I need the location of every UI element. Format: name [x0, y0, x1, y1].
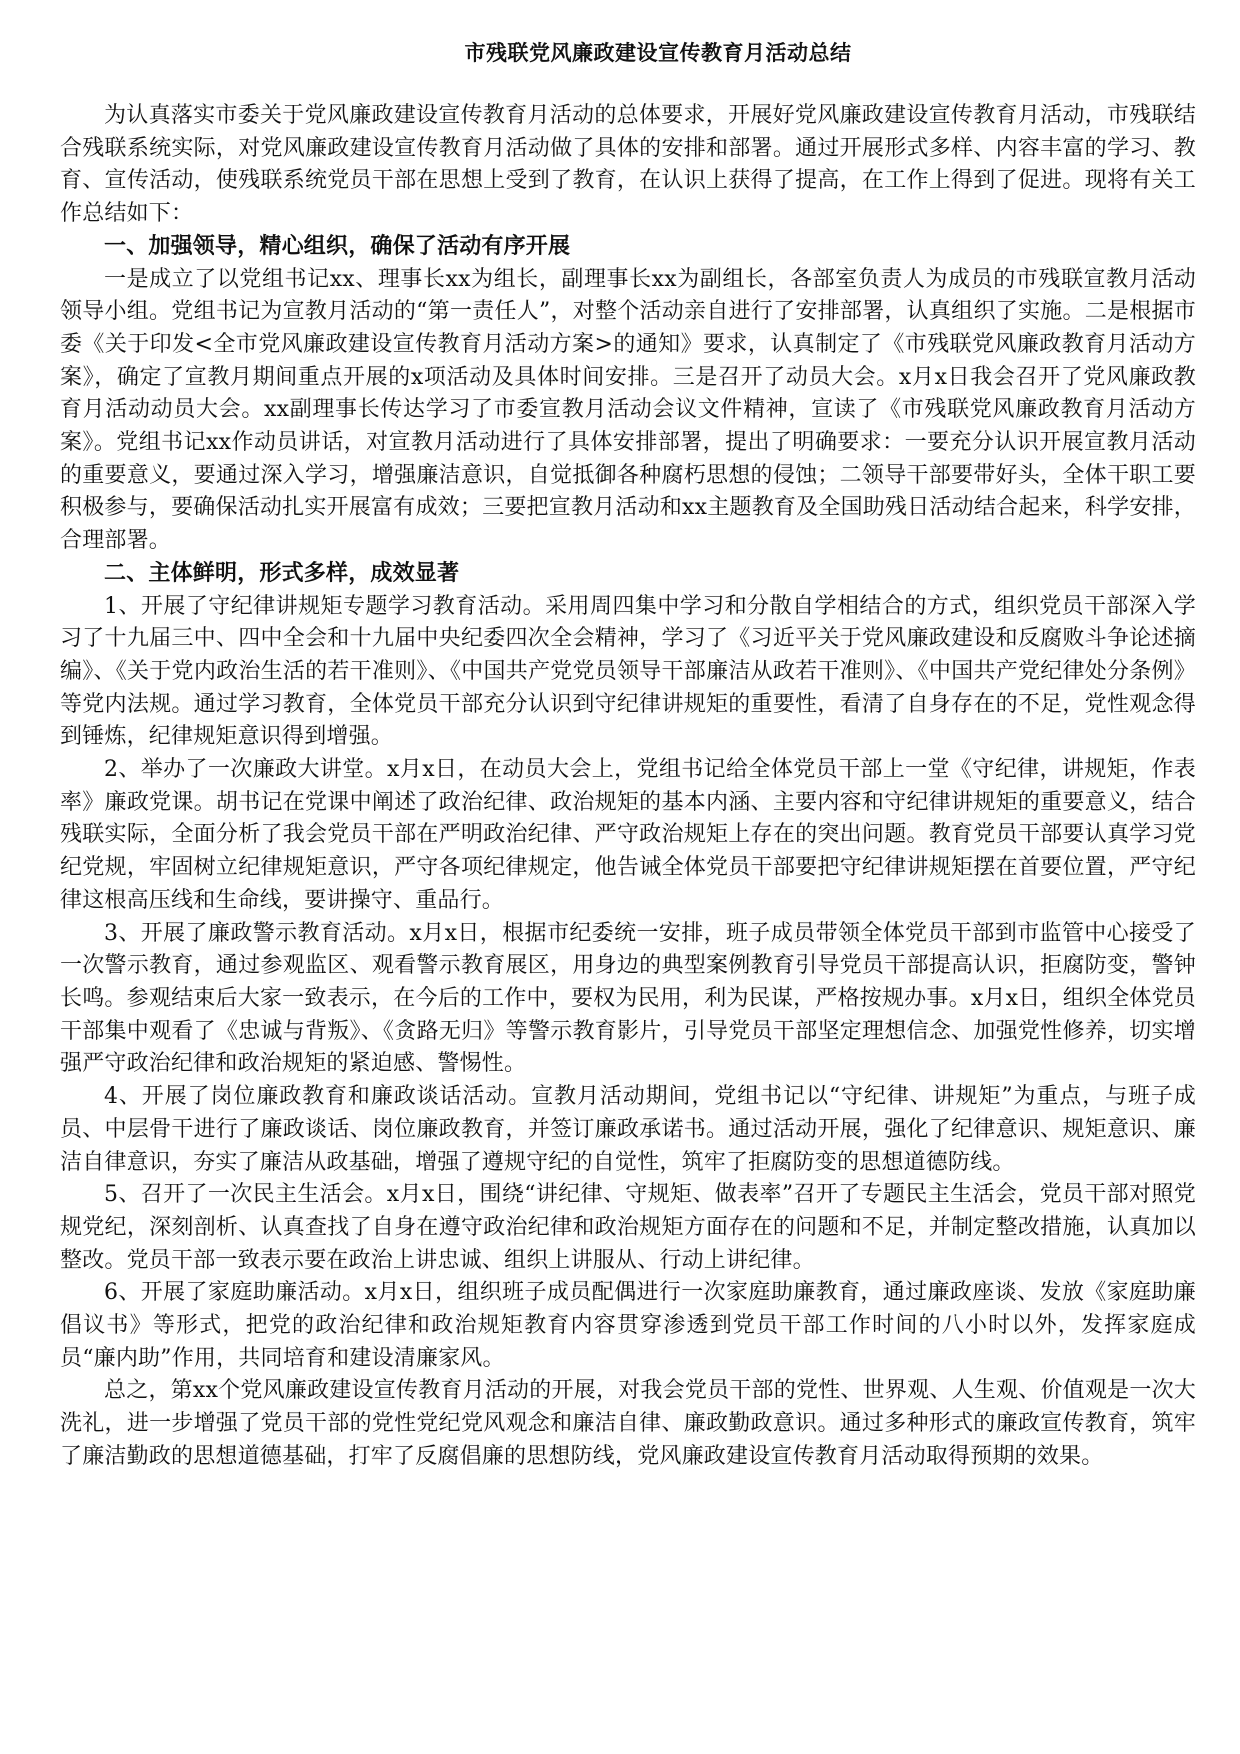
document-page: 市残联党风廉政建设宣传教育月活动总结 为认真落实市委关于党风廉政建设宣传教育月活…	[60, 0, 1196, 1474]
document-body: 为认真落实市委关于党风廉政建设宣传教育月活动的总体要求，开展好党风廉政建设宣传教…	[60, 100, 1196, 1474]
section-1-paragraph-1: 一是成立了以党组书记xx、理事长xx为组长，副理事长xx为副组长，各部室负责人为…	[60, 264, 1196, 558]
conclusion-paragraph: 总之，第xx个党风廉政建设宣传教育月活动的开展，对我会党员干部的党性、世界观、人…	[60, 1375, 1196, 1473]
section-heading-1: 一、加强领导，精心组织，确保了活动有序开展	[60, 231, 1196, 264]
section-2-paragraph-1: 1、开展了守纪律讲规矩专题学习教育活动。采用周四集中学习和分散自学相结合的方式，…	[60, 591, 1196, 755]
section-2-paragraph-4: 4、开展了岗位廉政教育和廉政谈话活动。宣教月活动期间，党组书记以“守纪律、讲规矩…	[60, 1081, 1196, 1179]
section-2-paragraph-2: 2、举办了一次廉政大讲堂。x月x日，在动员大会上，党组书记给全体党员干部上一堂《…	[60, 754, 1196, 918]
section-2-paragraph-5: 5、召开了一次民主生活会。x月x日，围绕“讲纪律、守规矩、做表率”召开了专题民主…	[60, 1179, 1196, 1277]
section-heading-2: 二、主体鲜明，形式多样，成效显著	[60, 558, 1196, 591]
document-title: 市残联党风廉政建设宣传教育月活动总结	[60, 38, 1196, 68]
section-2-paragraph-3: 3、开展了廉政警示教育活动。x月x日，根据市纪委统一安排，班子成员带领全体党员干…	[60, 918, 1196, 1082]
intro-paragraph: 为认真落实市委关于党风廉政建设宣传教育月活动的总体要求，开展好党风廉政建设宣传教…	[60, 100, 1196, 231]
section-2-paragraph-6: 6、开展了家庭助廉活动。x月x日，组织班子成员配偶进行一次家庭助廉教育，通过廉政…	[60, 1277, 1196, 1375]
